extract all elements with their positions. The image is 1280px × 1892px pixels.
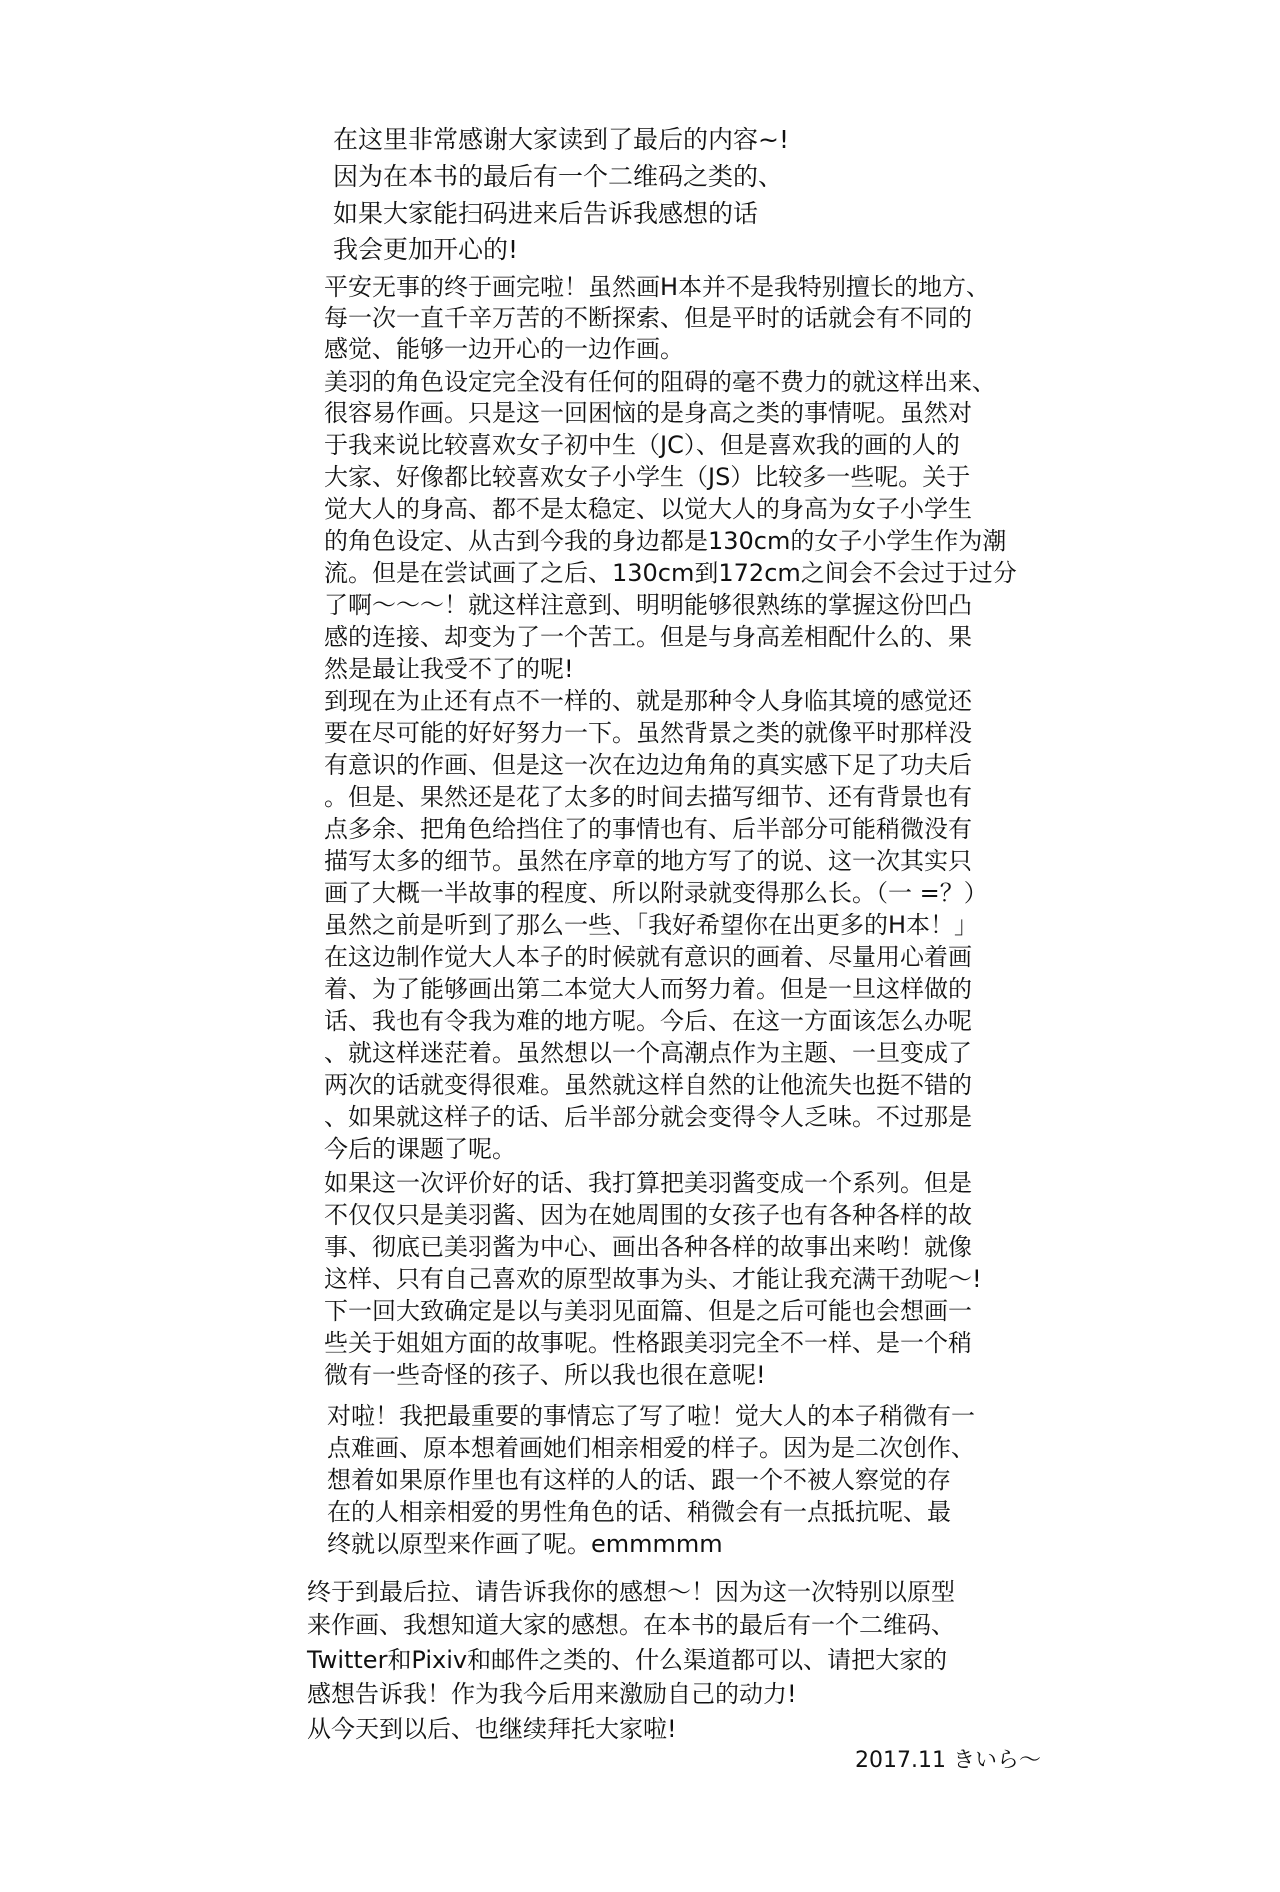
body-line: 对啦！我把最重要的事情忘了写了啦！觉大人的本子稍微有一 (327, 1401, 975, 1431)
body-line: 到现在为止还有点不一样的、就是那种令人身临其境的感觉还 (324, 686, 972, 716)
body-line: 两次的话就变得很难。虽然就这样自然的让他流失也挺不错的 (324, 1070, 972, 1100)
body-line: 微有一些奇怪的孩子、所以我也很在意呢! (324, 1360, 766, 1390)
body-line: 感觉、能够一边开心的一边作画。 (324, 334, 684, 364)
body-line: 有意识的作画、但是这一次在边边角角的真实感下足了功夫后 (324, 750, 972, 780)
body-line: 了啊～～～！就这样注意到、明明能够很熟练的掌握这份凹凸 (324, 590, 972, 620)
body-line: 这样、只有自己喜欢的原型故事为头、才能让我充满干劲呢～! (324, 1264, 982, 1294)
body-line: 来作画、我想知道大家的感想。在本书的最后有一个二维码、 (307, 1610, 955, 1640)
body-line: 然是最让我受不了的呢! (324, 654, 574, 684)
body-line: 在这边制作觉大人本子的时候就有意识的画着、尽量用心着画 (324, 942, 972, 972)
body-line: 、如果就这样子的话、后半部分就会变得令人乏味。不过那是 (324, 1102, 972, 1132)
body-line: 感的连接、却变为了一个苦工。但是与身高差相配什么的、果 (324, 622, 972, 652)
intro-line: 我会更加开心的! (333, 235, 518, 265)
body-line: 很容易作画。只是这一回困恼的是身高之类的事情呢。虽然对 (324, 398, 972, 428)
body-line: 下一回大致确定是以与美羽见面篇、但是之后可能也会想画一 (324, 1296, 972, 1326)
body-line: 流。但是在尝试画了之后、130cm到172cm之间会不会过于过分 (324, 558, 1017, 588)
body-line: 事、彻底已美羽酱为中心、画出各种各样的故事出来哟！就像 (324, 1232, 972, 1262)
body-line: 点多余、把角色给挡住了的事情也有、后半部分可能稍微没有 (324, 814, 972, 844)
body-line: 些关于姐姐方面的故事呢。性格跟美羽完全不一样、是一个稍 (324, 1328, 972, 1358)
signature-date: 2017.11 きいら～ (855, 1743, 1041, 1774)
body-line: 。但是、果然还是花了太多的时间去描写细节、还有背景也有 (324, 782, 972, 812)
body-line: 画了大概一半故事的程度、所以附录就变得那么长。（一 =？） (324, 878, 988, 908)
body-line: 点难画、原本想着画她们相亲相爱的样子。因为是二次创作、 (327, 1433, 975, 1463)
body-line: Twitter和Pixiv和邮件之类的、什么渠道都可以、请把大家的 (307, 1645, 947, 1675)
intro-line: 因为在本书的最后有一个二维码之类的、 (333, 162, 783, 192)
body-line: 每一次一直千辛万苦的不断探索、但是平时的话就会有不同的 (324, 303, 972, 333)
body-line: 美羽的角色设定完全没有任何的阻碍的毫不费力的就这样出来、 (324, 367, 996, 397)
intro-line: 如果大家能扫码进来后告诉我感想的话 (333, 199, 758, 229)
body-line: 要在尽可能的好好努力一下。虽然背景之类的就像平时那样没 (324, 718, 972, 748)
body-line: 平安无事的终于画完啦！虽然画H本并不是我特别擅长的地方、 (324, 272, 990, 302)
body-line: 描写太多的细节。虽然在序章的地方写了的说、这一次其实只 (324, 846, 972, 876)
body-line: 觉大人的身高、都不是太稳定、以觉大人的身高为女子小学生 (324, 494, 972, 524)
body-line: 话、我也有令我为难的地方呢。今后、在这一方面该怎么办呢 (324, 1006, 972, 1036)
body-line: 不仅仅只是美羽酱、因为在她周围的女孩子也有各种各样的故 (324, 1200, 972, 1230)
body-line: 大家、好像都比较喜欢女子小学生（JS）比较多一些呢。关于 (324, 462, 970, 492)
body-line: 感想告诉我！作为我今后用来激励自己的动力! (307, 1679, 797, 1709)
body-line: 于我来说比较喜欢女子初中生（JC）、但是喜欢我的画的人的 (324, 430, 960, 460)
body-line: 着、为了能够画出第二本觉大人而努力着。但是一旦这样做的 (324, 974, 972, 1004)
intro-line: 在这里非常感谢大家读到了最后的内容~! (333, 125, 789, 155)
body-line: 虽然之前是听到了那么一些、「我好希望你在出更多的H本！」 (324, 910, 978, 940)
body-line: 从今天到以后、也继续拜托大家啦! (307, 1714, 677, 1744)
body-line: 想着如果原作里也有这样的人的话、跟一个不被人察觉的存 (327, 1465, 951, 1495)
body-line: 如果这一次评价好的话、我打算把美羽酱变成一个系列。但是 (324, 1168, 972, 1198)
body-line: 的角色设定、从古到今我的身边都是130cm的女子小学生作为潮 (324, 526, 1006, 556)
body-line: 今后的课题了呢。 (324, 1134, 516, 1164)
body-line: 在的人相亲相爱的男性角色的话、稍微会有一点抵抗呢、最 (327, 1497, 951, 1527)
body-line: 终就以原型来作画了呢。emmmmm (327, 1529, 723, 1559)
body-line: 终于到最后拉、请告诉我你的感想～！因为这一次特别以原型 (307, 1577, 955, 1607)
body-line: 、就这样迷茫着。虽然想以一个高潮点作为主题、一旦变成了 (324, 1038, 972, 1068)
